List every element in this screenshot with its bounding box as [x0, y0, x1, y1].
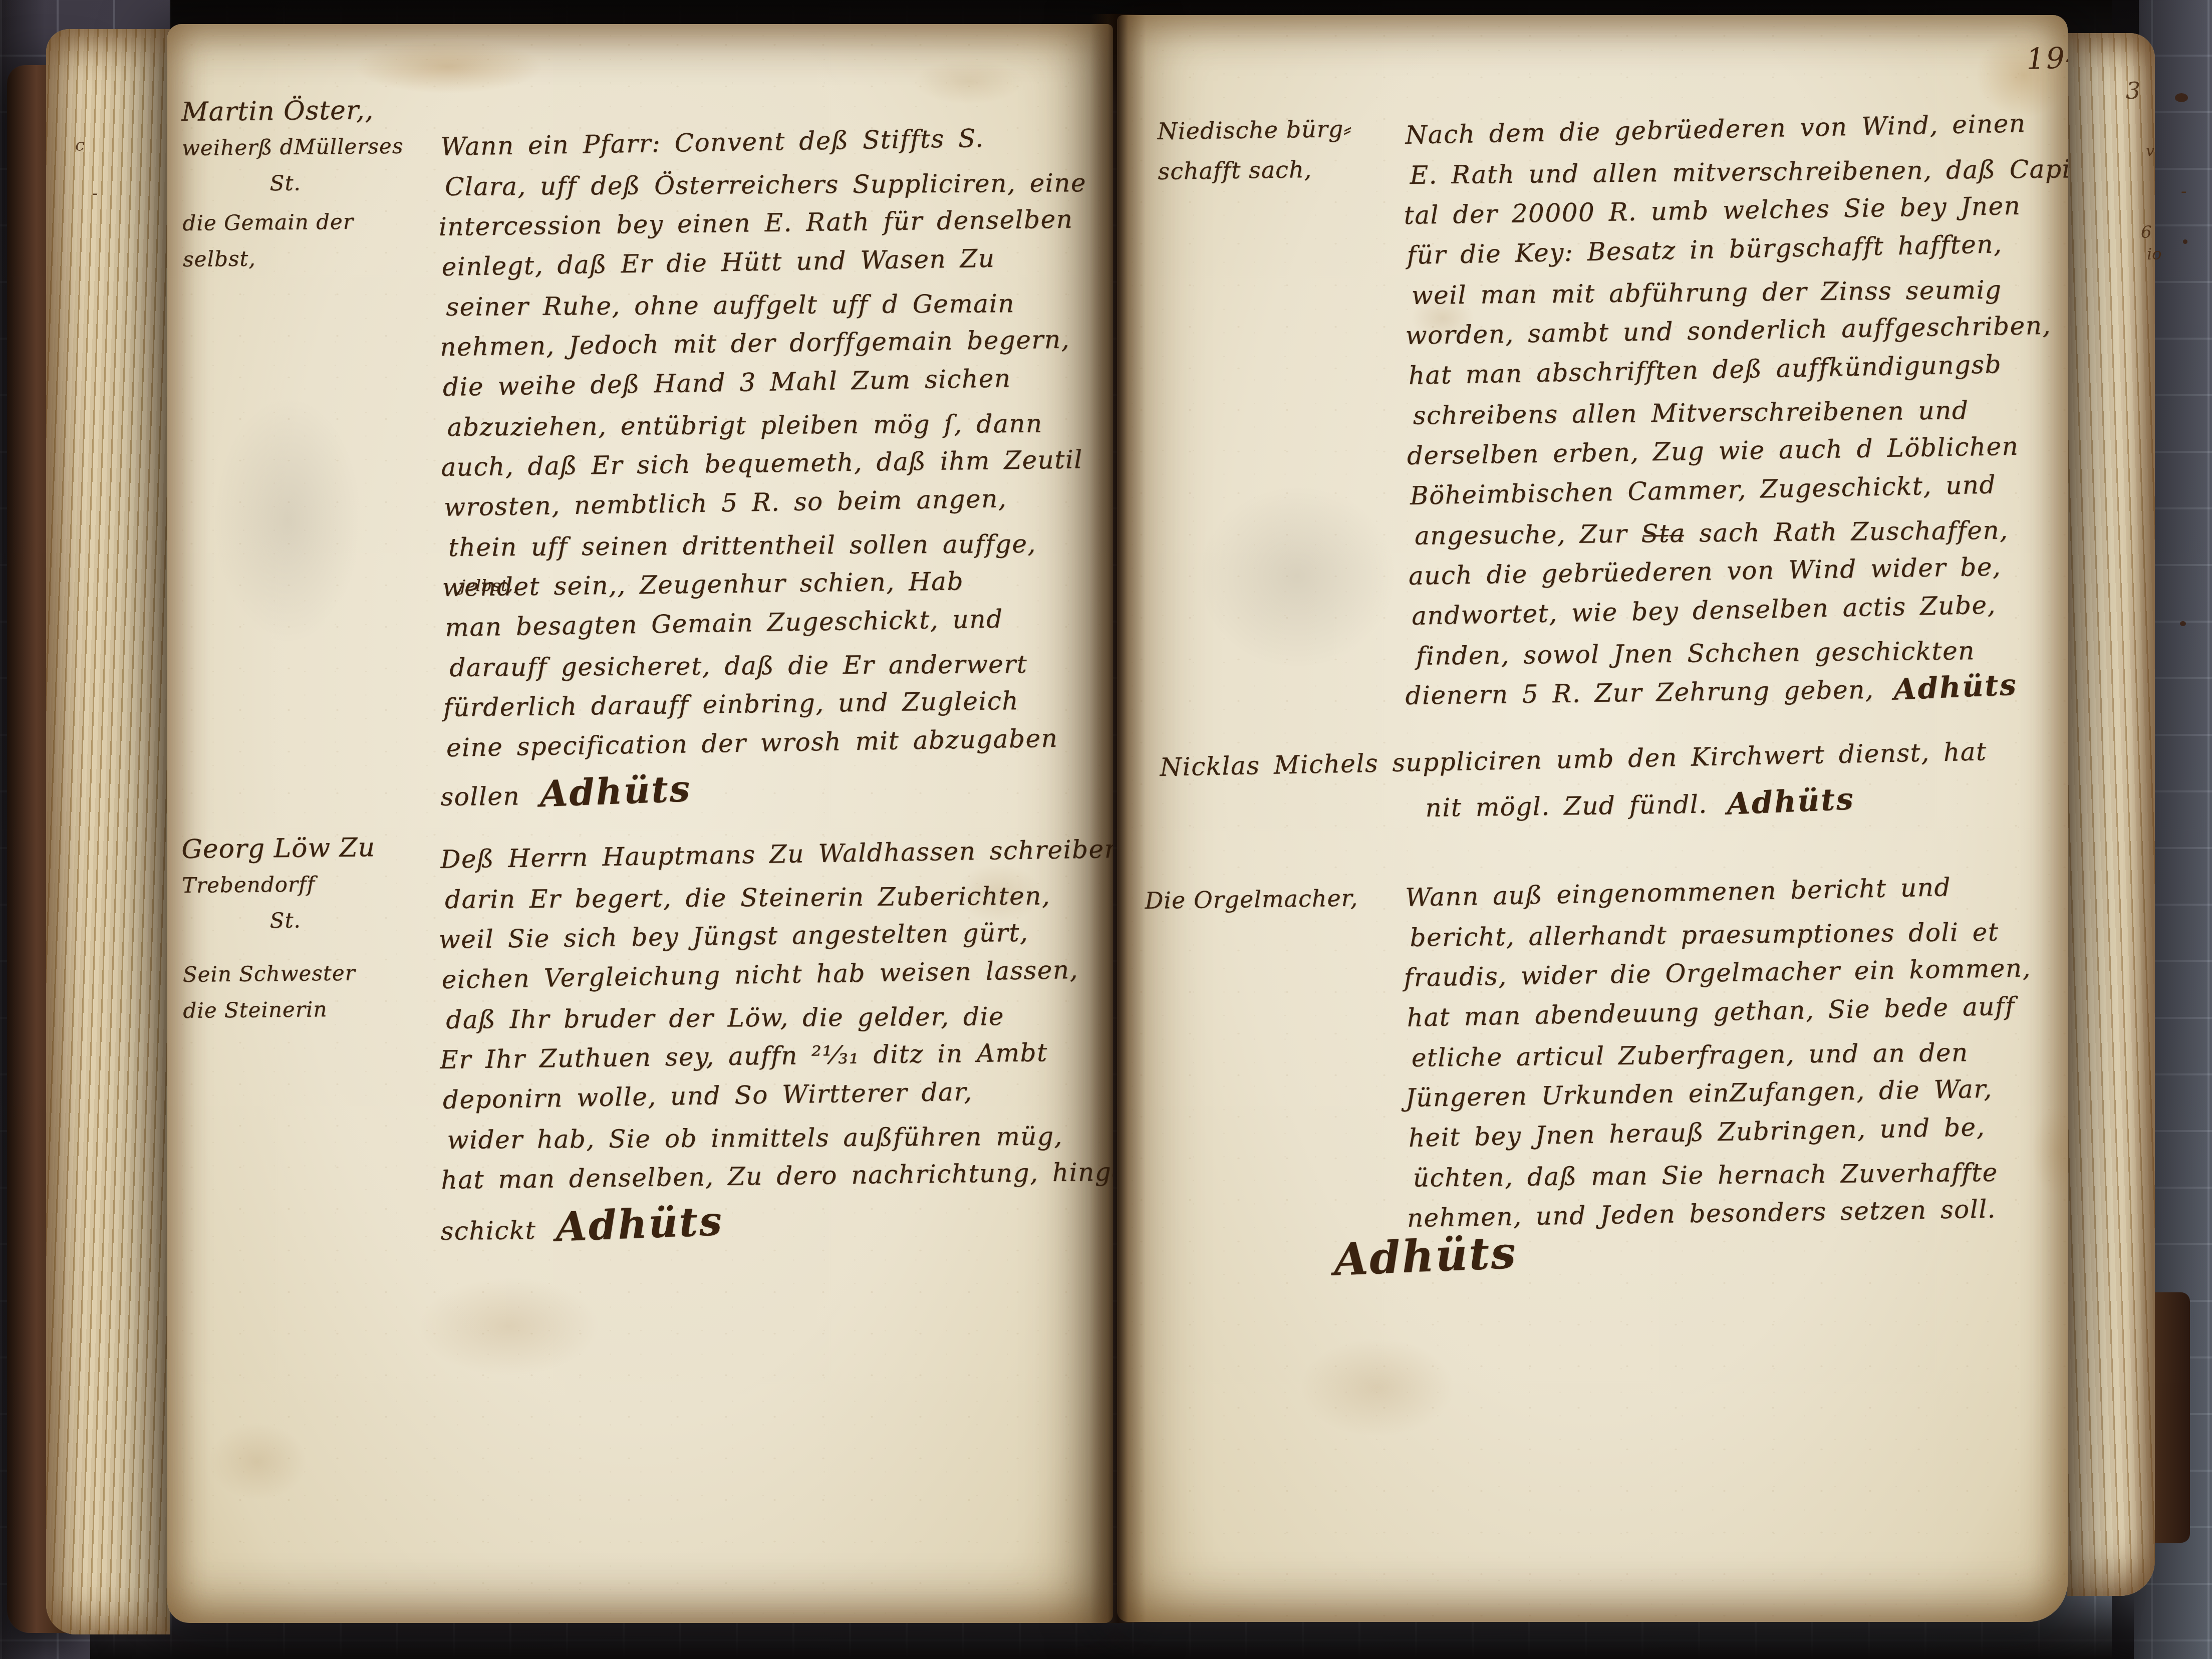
ink-mark: - — [2181, 181, 2187, 201]
margin-line: Sein Schwester — [182, 937, 463, 993]
page-edges-right: 3 v - 6 io — [2067, 33, 2155, 1596]
ink-mark: v — [2146, 142, 2154, 160]
book-gutter — [1090, 14, 1146, 1623]
ghost-writing: nehmen, Jedoch mit der dorffgemain beger… — [175, 370, 435, 500]
ink-dot — [2183, 239, 2187, 244]
entry-body: Nicklas Michels suppliciren umb den Kirc… — [1160, 736, 1987, 787]
closing-mark: Adhüts — [539, 767, 692, 815]
manuscript-line: hat man denselben, Zu dero nachrichtung,… — [441, 1152, 1113, 1200]
left-page: nehmen, Jedoch mit der dorffgemain beger… — [167, 24, 1113, 1623]
edge-page-number: 3 — [2126, 77, 2140, 104]
margin-line: St. — [182, 901, 463, 940]
margin-line: die Steinerin — [183, 990, 464, 1029]
ink-mark: c — [75, 135, 85, 155]
interlinear-insertion: jelbst,, — [460, 576, 519, 595]
closing-prefix — [1316, 1250, 1317, 1279]
margin-line: Georg Löw Zu — [181, 829, 462, 868]
margin-line: die Gemain der — [182, 200, 463, 241]
ink-mark: io — [2147, 244, 2162, 263]
margin-line: weiherß dMüllerses — [182, 128, 463, 166]
page-edges-left: c - — [46, 29, 170, 1634]
margin-line: St. — [182, 164, 463, 202]
entry-body: Nach dem die gebrüederen von Wind, einen… — [1405, 107, 2068, 676]
manuscript-line: Nach dem die gebrüederen von Wind, einen — [1405, 102, 2068, 155]
ink-mark: 6 — [2141, 222, 2152, 242]
ghost-writing: weil man mit abführung der Zinss seumig … — [1132, 436, 1413, 606]
closing-mark: Adhüts — [1726, 781, 1855, 821]
closing-line: dienern 5 R. Zur Zehrung geben, Adhüts — [1405, 669, 2018, 711]
closing-line: nit mögl. Zud fündl. Adhüts — [1425, 783, 1855, 824]
closing-prefix: sollen — [440, 781, 520, 811]
closing-line: schickt Adhüts — [440, 1200, 723, 1249]
closing-line: sollen Adhüts — [440, 769, 691, 814]
ink-mark: - — [92, 183, 98, 203]
stain — [889, 49, 1049, 114]
margin-note: Niedische bürg⸗schafft sach, — [1157, 108, 1439, 191]
manuscript-photo: c - 3 v - 6 io nehmen, Jedoch mit der do… — [0, 0, 2212, 1659]
margin-line: Trebendorff — [182, 865, 463, 904]
margin-line: Niedische bürg⸗ — [1157, 108, 1438, 151]
ink-blot — [2175, 93, 2188, 102]
margin-line: Die Orgelmacher, — [1145, 877, 1426, 921]
closing-mark: Adhüts — [1893, 668, 2018, 707]
margin-line: Martin Öster,, — [181, 92, 462, 130]
open-book: c - 3 v - 6 io nehmen, Jedoch mit der do… — [0, 0, 2212, 1659]
margin-note: Die Orgelmacher, — [1145, 877, 1426, 921]
closing-prefix: schickt — [440, 1216, 536, 1246]
margin-note: Martin Öster,,weiherß dMüllersesSt.die G… — [181, 92, 463, 278]
margin-note: Georg Löw ZuTrebendorffSt.Sein Schwester… — [181, 829, 464, 1029]
margin-line: selbst, — [183, 239, 464, 278]
manuscript-line: Wann ein Pfarr: Convent deß Stiffts S. — [440, 117, 1082, 167]
closing-mark: Adhüts — [555, 1197, 724, 1250]
manuscript-line: Nicklas Michels suppliciren umb den Kirc… — [1160, 731, 1987, 787]
stain — [378, 1256, 638, 1397]
entry-body: Wann auß eingenommenen bericht undberich… — [1405, 870, 2037, 1238]
closing-prefix: dienern 5 R. Zur Zehrung geben, — [1405, 675, 1874, 710]
closing-mark: Adhüts — [1333, 1226, 1518, 1286]
page-number: 194 — [2026, 40, 2068, 76]
entry-body: Wann ein Pfarr: Convent deß Stiffts S.Cl… — [440, 121, 1088, 768]
manuscript-line: Wann auß eingenommenen bericht und — [1405, 866, 2033, 918]
right-page: weil man mit abführung der Zinss seumig … — [1117, 15, 2068, 1622]
stain — [1267, 1317, 1488, 1458]
closing-line: Adhüts — [1316, 1229, 1517, 1283]
entry-body: Deß Herrn Hauptmans Zu Waldhassen schrei… — [440, 833, 1113, 1200]
manuscript-line: Deß Herrn Hauptmans Zu Waldhassen schrei… — [440, 828, 1113, 880]
ink-dot — [2180, 621, 2186, 626]
closing-prefix: nit mögl. Zud fündl. — [1425, 790, 1708, 822]
margin-line: schafft sach, — [1158, 148, 1439, 191]
stain — [187, 1407, 328, 1517]
